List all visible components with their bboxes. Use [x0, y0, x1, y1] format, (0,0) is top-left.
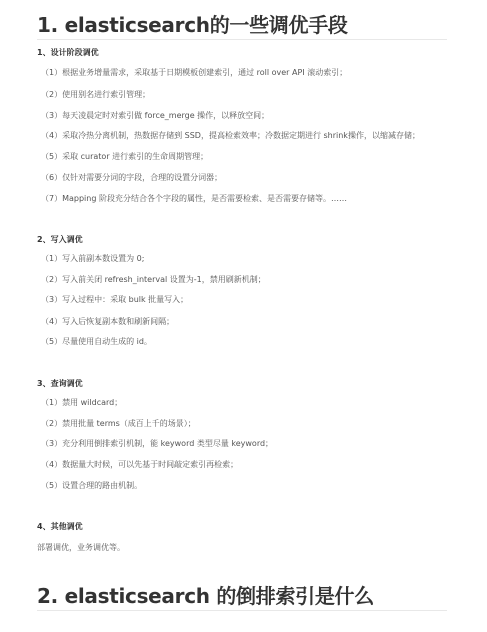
list-item: （5）采取 curator 进行索引的生命周期管理；: [41, 151, 208, 163]
list-item: （1）禁用 wildcard；: [41, 397, 122, 409]
list-item: （6）仅针对需要分词的字段，合理的设置分词器；: [41, 172, 222, 184]
subsection-heading-other: 4、其他调优: [37, 521, 83, 533]
list-item: （3）充分利用倒排索引机制，能 keyword 类型尽量 keyword；: [41, 438, 273, 450]
subsection-heading-query: 3、查询调优: [37, 378, 83, 390]
paragraph: 部署调优，业务调优等。: [37, 542, 125, 554]
list-item: （2）写入前关闭 refresh_interval 设置为-1，禁用刷新机制；: [41, 274, 266, 286]
list-item: （2）禁用批量 terms（成百上千的场景）；: [41, 418, 196, 430]
list-item: （4）数据量大时候，可以先基于时间敲定索引再检索；: [41, 459, 238, 471]
list-item: （5）尽量使用自动生成的 id。: [41, 336, 152, 348]
list-item: （4）采取冷热分离机制，热数据存储到 SSD，提高检索效率；冷数据定期进行 sh…: [41, 130, 420, 142]
document-page: 1. elasticsearch的一些调优手段 1、设计阶段调优 （1）根据业务…: [0, 0, 487, 632]
list-item: （1）写入前副本数设置为 0;: [41, 253, 144, 265]
list-item: （1）根据业务增量需求，采取基于日期模板创建索引，通过 roll over AP…: [41, 67, 347, 79]
list-item: （3）每天凌晨定时对索引做 force_merge 操作，以释放空间；: [41, 110, 269, 122]
subsection-heading-design: 1、设计阶段调优: [37, 47, 99, 59]
section-title-2: 2. elasticsearch 的倒排索引是什么: [37, 584, 447, 611]
section-title-1: 1. elasticsearch的一些调优手段: [37, 13, 447, 40]
list-item: （2）使用别名进行索引管理；: [41, 89, 150, 101]
subsection-heading-write: 2、写入调优: [37, 234, 83, 246]
list-item: （7）Mapping 阶段充分结合各个字段的属性，是否需要检索、是否需要存储等。…: [41, 193, 347, 205]
list-item: （4）写入后恢复副本数和刷新间隔；: [41, 316, 174, 328]
list-item: （3）写入过程中：采取 bulk 批量写入；: [41, 294, 188, 306]
list-item: （5）设置合理的路由机制。: [41, 480, 142, 492]
